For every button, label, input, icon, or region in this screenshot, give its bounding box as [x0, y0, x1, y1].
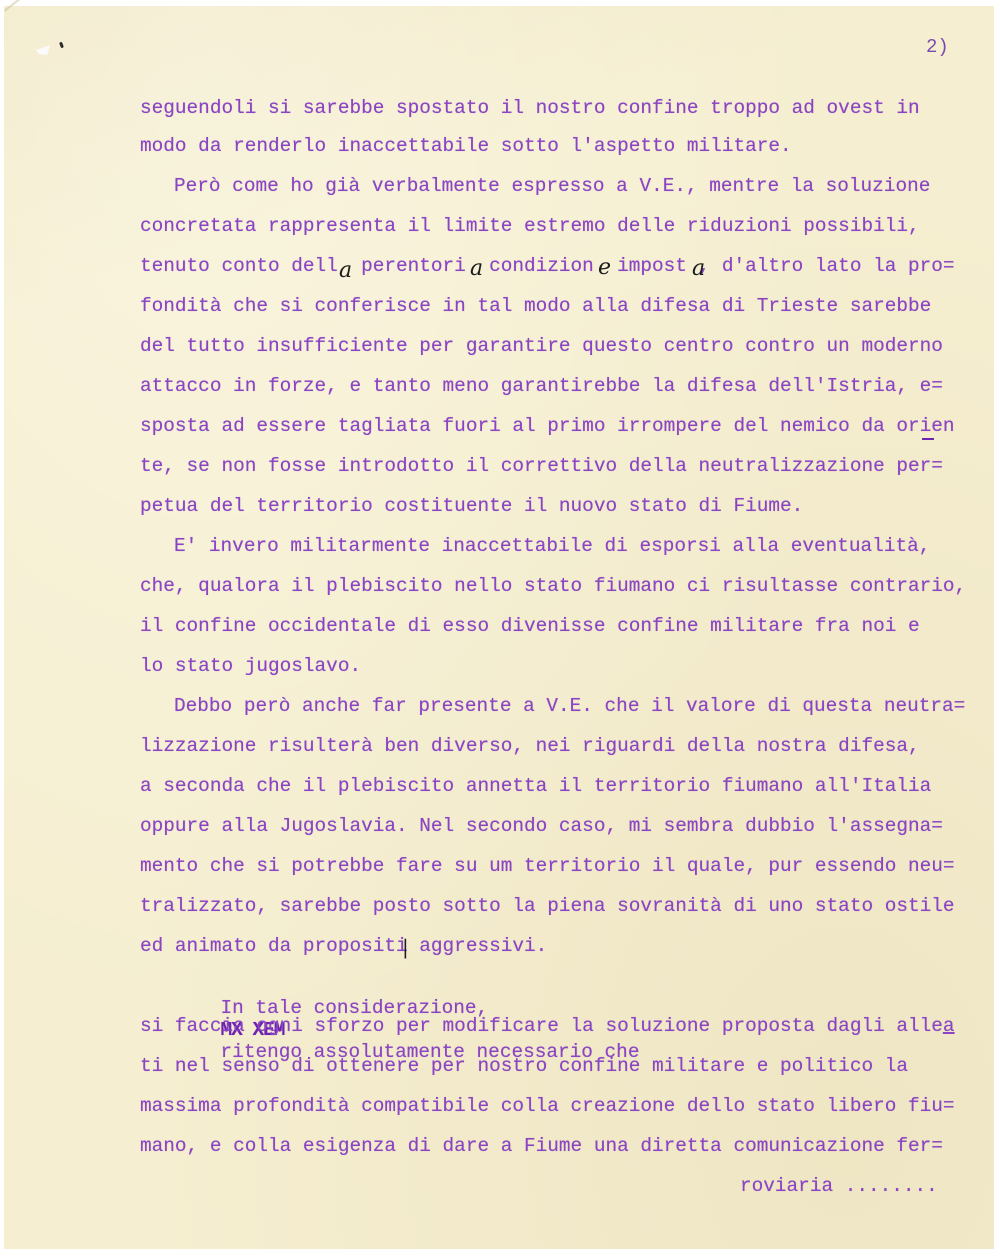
underline-orien-n: [922, 438, 934, 440]
text-line: mano, e colla esigenza di dare a Fiume u…: [140, 1135, 943, 1157]
text-line: a seconda che il plebiscito annetta il t…: [140, 775, 931, 797]
text-line: massima profondità compatibile colla cre…: [140, 1095, 955, 1117]
text-line: seguendoli si sarebbe spostato il nostro…: [140, 97, 920, 119]
text-line: concretata rappresenta il limite estremo…: [140, 215, 920, 237]
text-line: oppure alla Jugoslavia. Nel secondo caso…: [140, 815, 943, 837]
text-line: petua del territorio costituente il nuov…: [140, 495, 803, 517]
handwritten-letter: e: [598, 255, 611, 280]
text-line: lizzazione risulterà ben diverso, nei ri…: [140, 735, 920, 757]
handwritten-letter: a: [470, 256, 483, 281]
text-line: roviaria ........: [740, 1175, 938, 1197]
text-line: ed animato da propositi aggressivi.: [140, 935, 547, 957]
underlined-char: a: [943, 1015, 955, 1037]
text-line: ti nel senso di ottenere per nostro conf…: [140, 1055, 908, 1077]
text-line: che, qualora il plebiscito nello stato f…: [140, 575, 966, 597]
page-number: 2): [926, 36, 949, 58]
text-line: E' invero militarmente inaccettabile di …: [174, 535, 930, 557]
handwritten-letter: a: [692, 256, 705, 281]
text-line: lo stato jugoslavo.: [140, 655, 361, 677]
text-line: modo da renderlo inaccettabile sotto l'a…: [140, 135, 792, 157]
text-line: attacco in forze, e tanto meno garantire…: [140, 375, 943, 397]
text-line: mento che si potrebbe fare su um territo…: [140, 855, 955, 877]
text-line: Debbo però anche far presente a V.E. che…: [174, 695, 965, 717]
text-line: Però come ho già verbalmente espresso a …: [174, 175, 930, 197]
text-line: il confine occidentale di esso divenisse…: [140, 615, 920, 637]
text-line: fondità che si conferisce in tal modo al…: [140, 295, 931, 317]
text-segment: si faccia ogni sforzo per modificare la …: [140, 1015, 943, 1037]
handwritten-letter: a: [339, 258, 352, 283]
text-line: del tutto insufficiente per garantire qu…: [140, 335, 943, 357]
text-line: tralizzato, sarebbe posto sotto la piena…: [140, 895, 955, 917]
text-line: tenuto conto dell perentori condizion im…: [140, 255, 955, 277]
handwritten-stroke: |: [402, 935, 409, 959]
text-line: te, se non fosse introdotto il correttiv…: [140, 455, 943, 477]
text-line: sposta ad essere tagliata fuori al primo…: [140, 415, 955, 437]
text-line: si faccia ogni sforzo per modificare la …: [140, 1015, 955, 1037]
